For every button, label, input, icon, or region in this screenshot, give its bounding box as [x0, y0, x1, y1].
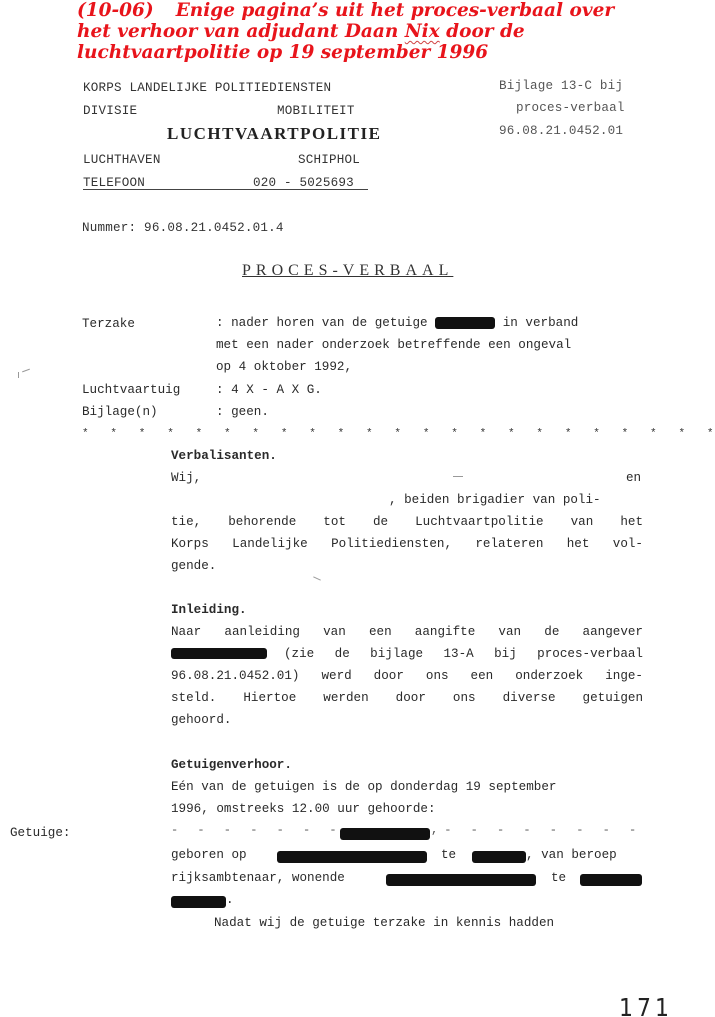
scan-artifact [453, 476, 463, 477]
letterhead-underline [83, 189, 368, 190]
document-number: Nummer: 96.08.21.0452.01.4 [82, 221, 284, 235]
redaction-block [580, 874, 642, 886]
address-redacted [386, 871, 536, 889]
residence-redacted-continued [171, 893, 226, 911]
residence-redacted [580, 871, 642, 889]
attachment-ref-line-1: Bijlage 13-C bij [499, 79, 623, 93]
inleiding-line-5: gehoord. [171, 713, 231, 727]
sentence-period: . [226, 893, 234, 907]
section-heading-inleiding: Inleiding. [171, 603, 247, 617]
redaction-block [386, 874, 536, 886]
division-value: MOBILITEIT [277, 104, 355, 118]
redaction-block [171, 648, 267, 659]
attachments-label: Bijlage(n) [82, 405, 158, 419]
verbalisanten-line-3: tie, behorende tot de Luchtvaartpolitie … [171, 515, 643, 529]
scan-artifact [22, 369, 30, 373]
division-label: DIVISIE [83, 104, 137, 118]
verbalisanten-line-2: , beiden brigadier van poli- [389, 493, 601, 507]
redaction-block [435, 317, 495, 329]
redaction-block [340, 828, 430, 840]
witness-dashes-right: ,- - - - - - - - [431, 823, 642, 837]
terzake-line-3: op 4 oktober 1992, [216, 360, 352, 374]
page-number: 171 [619, 994, 673, 1017]
witness-name-redacted [340, 825, 430, 843]
witness-label: Getuige: [10, 826, 70, 840]
airport-label: LUCHTHAVEN [83, 153, 161, 167]
terzake-label: Terzake [82, 317, 135, 331]
scan-artifact [313, 576, 321, 580]
spellcheck-flagged-word: Nix [405, 21, 440, 42]
attachment-ref-line-3: 96.08.21.0452.01 [499, 124, 623, 138]
section-heading-getuigenverhoor: Getuigenverhoor. [171, 758, 292, 772]
inleiding-line-2 [171, 647, 267, 661]
org-name: KORPS LANDELIJKE POLITIEDIENSTEN [83, 81, 331, 95]
continuation-line: Nadat wij de getuige terzake in kennis h… [214, 916, 554, 930]
verbalisanten-line-5: gende. [171, 559, 216, 573]
section-heading-verbalisanten: Verbalisanten. [171, 449, 277, 463]
occupation: rijksambtenaar, wonende [171, 871, 345, 885]
redaction-block [171, 896, 226, 908]
profession-label: , van beroep [526, 848, 617, 862]
document-title: PROCES-VERBAAL [242, 262, 453, 280]
redaction-block [277, 851, 427, 863]
aircraft-label: Luchtvaartuig [82, 383, 180, 397]
inleiding-line-2-text: (zie de bijlage 13-A bij proces-verbaal [284, 647, 643, 661]
inleiding-line-1: Naar aanleiding van een aangifte van de … [171, 625, 643, 639]
getuigenverhoor-line-2: 1996, omstreeks 12.00 uur gehoorde: [171, 802, 436, 816]
scan-artifact [18, 372, 19, 378]
airport-value: SCHIPHOL [298, 153, 360, 167]
terzake-line-2: met een nader onderzoek betreffende een … [216, 338, 571, 352]
birthplace-redacted [472, 848, 526, 866]
attachment-ref-line-2: proces-verbaal [516, 101, 625, 115]
phone-label: TELEFOON [83, 176, 145, 190]
aircraft-value: : 4 X - A X G. [216, 383, 322, 397]
inleiding-line-3: 96.08.21.0452.01) werd door ons een onde… [171, 669, 643, 683]
born-label: geboren op [171, 848, 247, 862]
verbalisanten-line-4: Korps Landelijke Politiediensten, relate… [171, 537, 643, 551]
annotation-line-3: luchtvaartpolitie op 19 september 1996 [77, 42, 637, 63]
lives-te: te [551, 871, 566, 885]
annotation-header: (10-06)Enige pagina’s uit het proces-ver… [77, 0, 637, 63]
inleiding-line-4: steld. Hiertoe werden door ons diverse g… [171, 691, 643, 705]
star-separator: * * * * * * * * * * * * * * * * * * * * … [82, 428, 715, 440]
attachments-value: : geen. [216, 405, 269, 419]
annotation-tag: (10-06) [77, 0, 154, 21]
verbalisanten-line-1-end: en [626, 471, 641, 485]
verbalisanten-line-1-start: Wij, [171, 471, 201, 485]
annotation-line-1: (10-06)Enige pagina’s uit het proces-ver… [77, 0, 637, 21]
unit-name: LUCHTVAARTPOLITIE [167, 124, 381, 144]
redaction-block [472, 851, 526, 863]
annotation-line-2: het verhoor van adjudant Daan Nix door d… [77, 21, 637, 42]
terzake-line-1: : nader horen van de getuige in verband [216, 316, 578, 330]
phone-value: 020 - 5025693 [253, 176, 354, 190]
getuigenverhoor-line-1: Eén van de getuigen is de op donderdag 1… [171, 780, 556, 794]
birthdate-redacted [277, 848, 427, 866]
born-te: te [441, 848, 456, 862]
